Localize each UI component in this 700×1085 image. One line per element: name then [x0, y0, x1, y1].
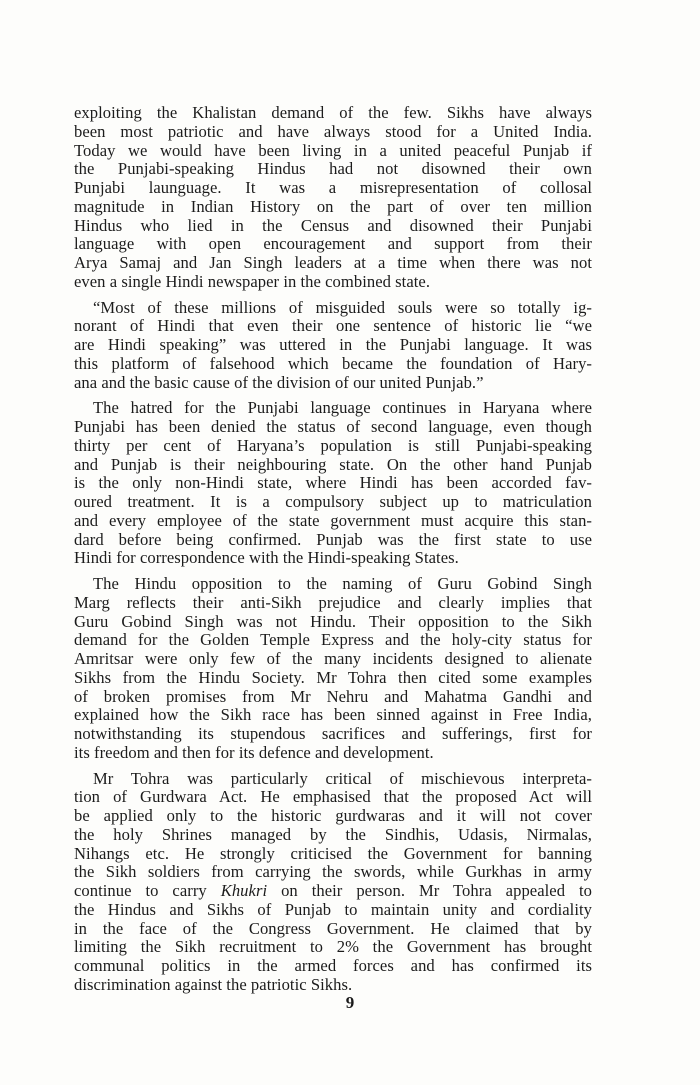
text-line: magnitude in Indian History on the part …	[74, 198, 592, 217]
text-line: its freedom and then for its defence and…	[74, 744, 592, 763]
italic-term: Khukri	[221, 881, 267, 900]
text-line: language with open encouragement and sup…	[74, 235, 592, 254]
text-line: The Hindu opposition to the naming of Gu…	[74, 575, 592, 594]
text-line: Mr Tohra was particularly critical of mi…	[74, 770, 592, 789]
text-line: demand for the Golden Temple Express and…	[74, 631, 592, 650]
text-line: thirty per cent of Haryana’s population …	[74, 437, 592, 456]
text-line: explained how the Sikh race has been sin…	[74, 706, 592, 725]
text-line: tion of Gurdwara Act. He emphasised that…	[74, 788, 592, 807]
text-line: oured treatment. It is a compulsory subj…	[74, 493, 592, 512]
text-line: this platform of falsehood which became …	[74, 355, 592, 374]
text-line: the Hindus and Sikhs of Punjab to mainta…	[74, 901, 592, 920]
text-line: norant of Hindi that even their one sent…	[74, 317, 592, 336]
text-line: Amritsar were only few of the many incid…	[74, 650, 592, 669]
paragraph: exploiting the Khalistan demand of the f…	[74, 104, 592, 292]
paragraph: “Most of these millions of misguided sou…	[74, 299, 592, 393]
page-body: exploiting the Khalistan demand of the f…	[74, 104, 592, 1002]
text-line: Today we would have been living in a uni…	[74, 142, 592, 161]
text-line: The hatred for the Punjabi language cont…	[74, 399, 592, 418]
text-line: Sikhs from the Hindu Society. Mr Tohra t…	[74, 669, 592, 688]
text-line: are Hindi speaking” was uttered in the P…	[74, 336, 592, 355]
text-line: Marg reflects their anti-Sikh prejudice …	[74, 594, 592, 613]
text-line: continue to carry Khukri on their person…	[74, 882, 592, 901]
text-line: the holy Shrines managed by the Sindhis,…	[74, 826, 592, 845]
text-line: Hindi for correspondence with the Hindi-…	[74, 549, 592, 568]
page-number: 9	[0, 993, 700, 1013]
text-line: Punjabi launguage. It was a misrepresent…	[74, 179, 592, 198]
text-line: the Sikh soldiers from carrying the swor…	[74, 863, 592, 882]
text-line: notwithstanding its stupendous sacrifice…	[74, 725, 592, 744]
text-line: been most patriotic and have always stoo…	[74, 123, 592, 142]
paragraph: The hatred for the Punjabi language cont…	[74, 399, 592, 568]
text-line: even a single Hindi newspaper in the com…	[74, 273, 592, 292]
text-line: and Punjab is their neighbouring state. …	[74, 456, 592, 475]
text-line: discrimination against the patriotic Sik…	[74, 976, 592, 995]
text-line: of broken promises from Mr Nehru and Mah…	[74, 688, 592, 707]
paragraph: The Hindu opposition to the naming of Gu…	[74, 575, 592, 763]
text-line: Arya Samaj and Jan Singh leaders at a ti…	[74, 254, 592, 273]
text-line: limiting the Sikh recruitment to 2% the …	[74, 938, 592, 957]
text-line: dard before being confirmed. Punjab was …	[74, 531, 592, 550]
text-line: the Punjabi-speaking Hindus had not diso…	[74, 160, 592, 179]
text-line: in the face of the Congress Government. …	[74, 920, 592, 939]
text-line: is the only non-Hindi state, where Hindi…	[74, 474, 592, 493]
text-line: communal politics in the armed forces an…	[74, 957, 592, 976]
text-line: “Most of these millions of misguided sou…	[74, 299, 592, 318]
paragraph: Mr Tohra was particularly critical of mi…	[74, 770, 592, 995]
text-line: Guru Gobind Singh was not Hindu. Their o…	[74, 613, 592, 632]
text-line: Punjabi has been denied the status of se…	[74, 418, 592, 437]
text-line: be applied only to the historic gurdwara…	[74, 807, 592, 826]
text-line: Nihangs etc. He strongly criticised the …	[74, 845, 592, 864]
text-line: and every employee of the state governme…	[74, 512, 592, 531]
text-line: ana and the basic cause of the division …	[74, 374, 592, 393]
text-line: Hindus who lied in the Census and disown…	[74, 217, 592, 236]
text-line: exploiting the Khalistan demand of the f…	[74, 104, 592, 123]
